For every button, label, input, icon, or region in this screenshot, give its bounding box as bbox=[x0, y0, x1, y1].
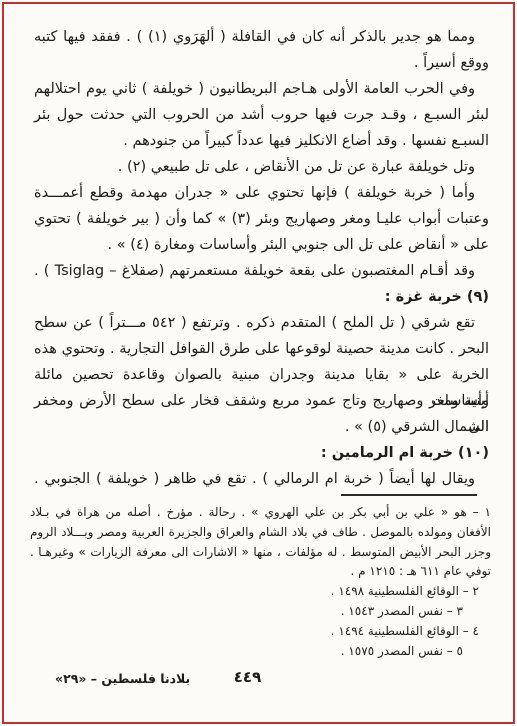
body-line: وقد أقـام المغتصبون على بقعة خويلفة مستع… bbox=[34, 258, 489, 284]
body-line: وعتبات أبواب عليـا ومغر وصهاريج وبئر (٣)… bbox=[34, 206, 489, 232]
body-line: ومما هو جدير بالذكر أنه كان في القافلة (… bbox=[34, 24, 489, 50]
footnote-line: ٢ – الوقائع الفلسطينية ١٤٩٨ . bbox=[30, 582, 491, 602]
series-signature: بلادنا فلسطين – «٢٩» bbox=[55, 671, 190, 686]
footnote-separator bbox=[341, 494, 477, 496]
footnote-line: ١ – هو « علي بن أبي بكر بن علي الهروي » … bbox=[30, 503, 491, 523]
footnote-line: ٥ – نفس المصدر ١٥٧٥ . bbox=[30, 642, 491, 662]
body-line: وفي الحرب العامة الأولى هـاجم البريطانيو… bbox=[34, 76, 489, 102]
section-heading-9: (٩) خربة غزة : bbox=[34, 284, 489, 310]
footnote-line: ٣ – نفس المصدر ١٥٤٣ . bbox=[30, 602, 491, 622]
body-line: ووقع أسيراً . bbox=[34, 50, 489, 76]
footnote-line: وجزر البحر الأبيض المتوسط . له مؤلفات ، … bbox=[30, 543, 491, 563]
footnote-line: الأفغان ومولده بالموصل . طاف في بلاد الش… bbox=[30, 523, 491, 543]
body-line: أبنية ومغر وصهاريج وتاج عمود مربع وشقف ف… bbox=[34, 388, 489, 414]
body-line: لبئر السبـع ، وقـد جرت فيها حروب أشد من … bbox=[34, 102, 489, 128]
scanned-book-page: ومما هو جدير بالذكر أنه كان في القافلة (… bbox=[0, 0, 517, 726]
body-text: ومما هو جدير بالذكر أنه كان في القافلة (… bbox=[34, 24, 489, 492]
body-line: وتل خويلفة عبارة عن تل من الأنقاض ، على … bbox=[34, 154, 489, 180]
body-line: وأما ( خربة خويلفة ) فإنها تحتوي على « ج… bbox=[34, 180, 489, 206]
body-line: ويقال لها أيضاً ( خربة ام الرمالي ) . تق… bbox=[34, 466, 489, 492]
footnote-line: توفي عام ٦١١ هـ : ١٢١٥ م . bbox=[30, 562, 491, 582]
footnotes: ١ – هو « علي بن أبي بكر بن علي الهروي » … bbox=[30, 503, 491, 661]
body-line: البحر . كانت مدينة حصينة لوقوعها على طرق… bbox=[34, 336, 489, 362]
footnote-line: ٤ – الوقائع الفلسطينية ١٤٩٤ . bbox=[30, 622, 491, 642]
body-line: السبـع نفسها . وقد أضاع الانكليز فيها عد… bbox=[34, 128, 489, 154]
body-line: الشمال الشرقي (٥) » . bbox=[34, 414, 489, 440]
body-line: تقع شرقي ( تل الملح ) المتقدم ذكره . وتر… bbox=[34, 310, 489, 336]
page-footer: ٤٤٩ بلادنا فلسطين – «٢٩» bbox=[0, 668, 517, 694]
section-heading-10: (١٠) خربة ام الرمامين : bbox=[34, 440, 489, 466]
body-line: على « أنقاض على تل الى جنوبي البئر وأساس… bbox=[34, 232, 489, 258]
body-line: الخربة على « بقايا مدينة وجدران مبنية با… bbox=[34, 362, 489, 388]
